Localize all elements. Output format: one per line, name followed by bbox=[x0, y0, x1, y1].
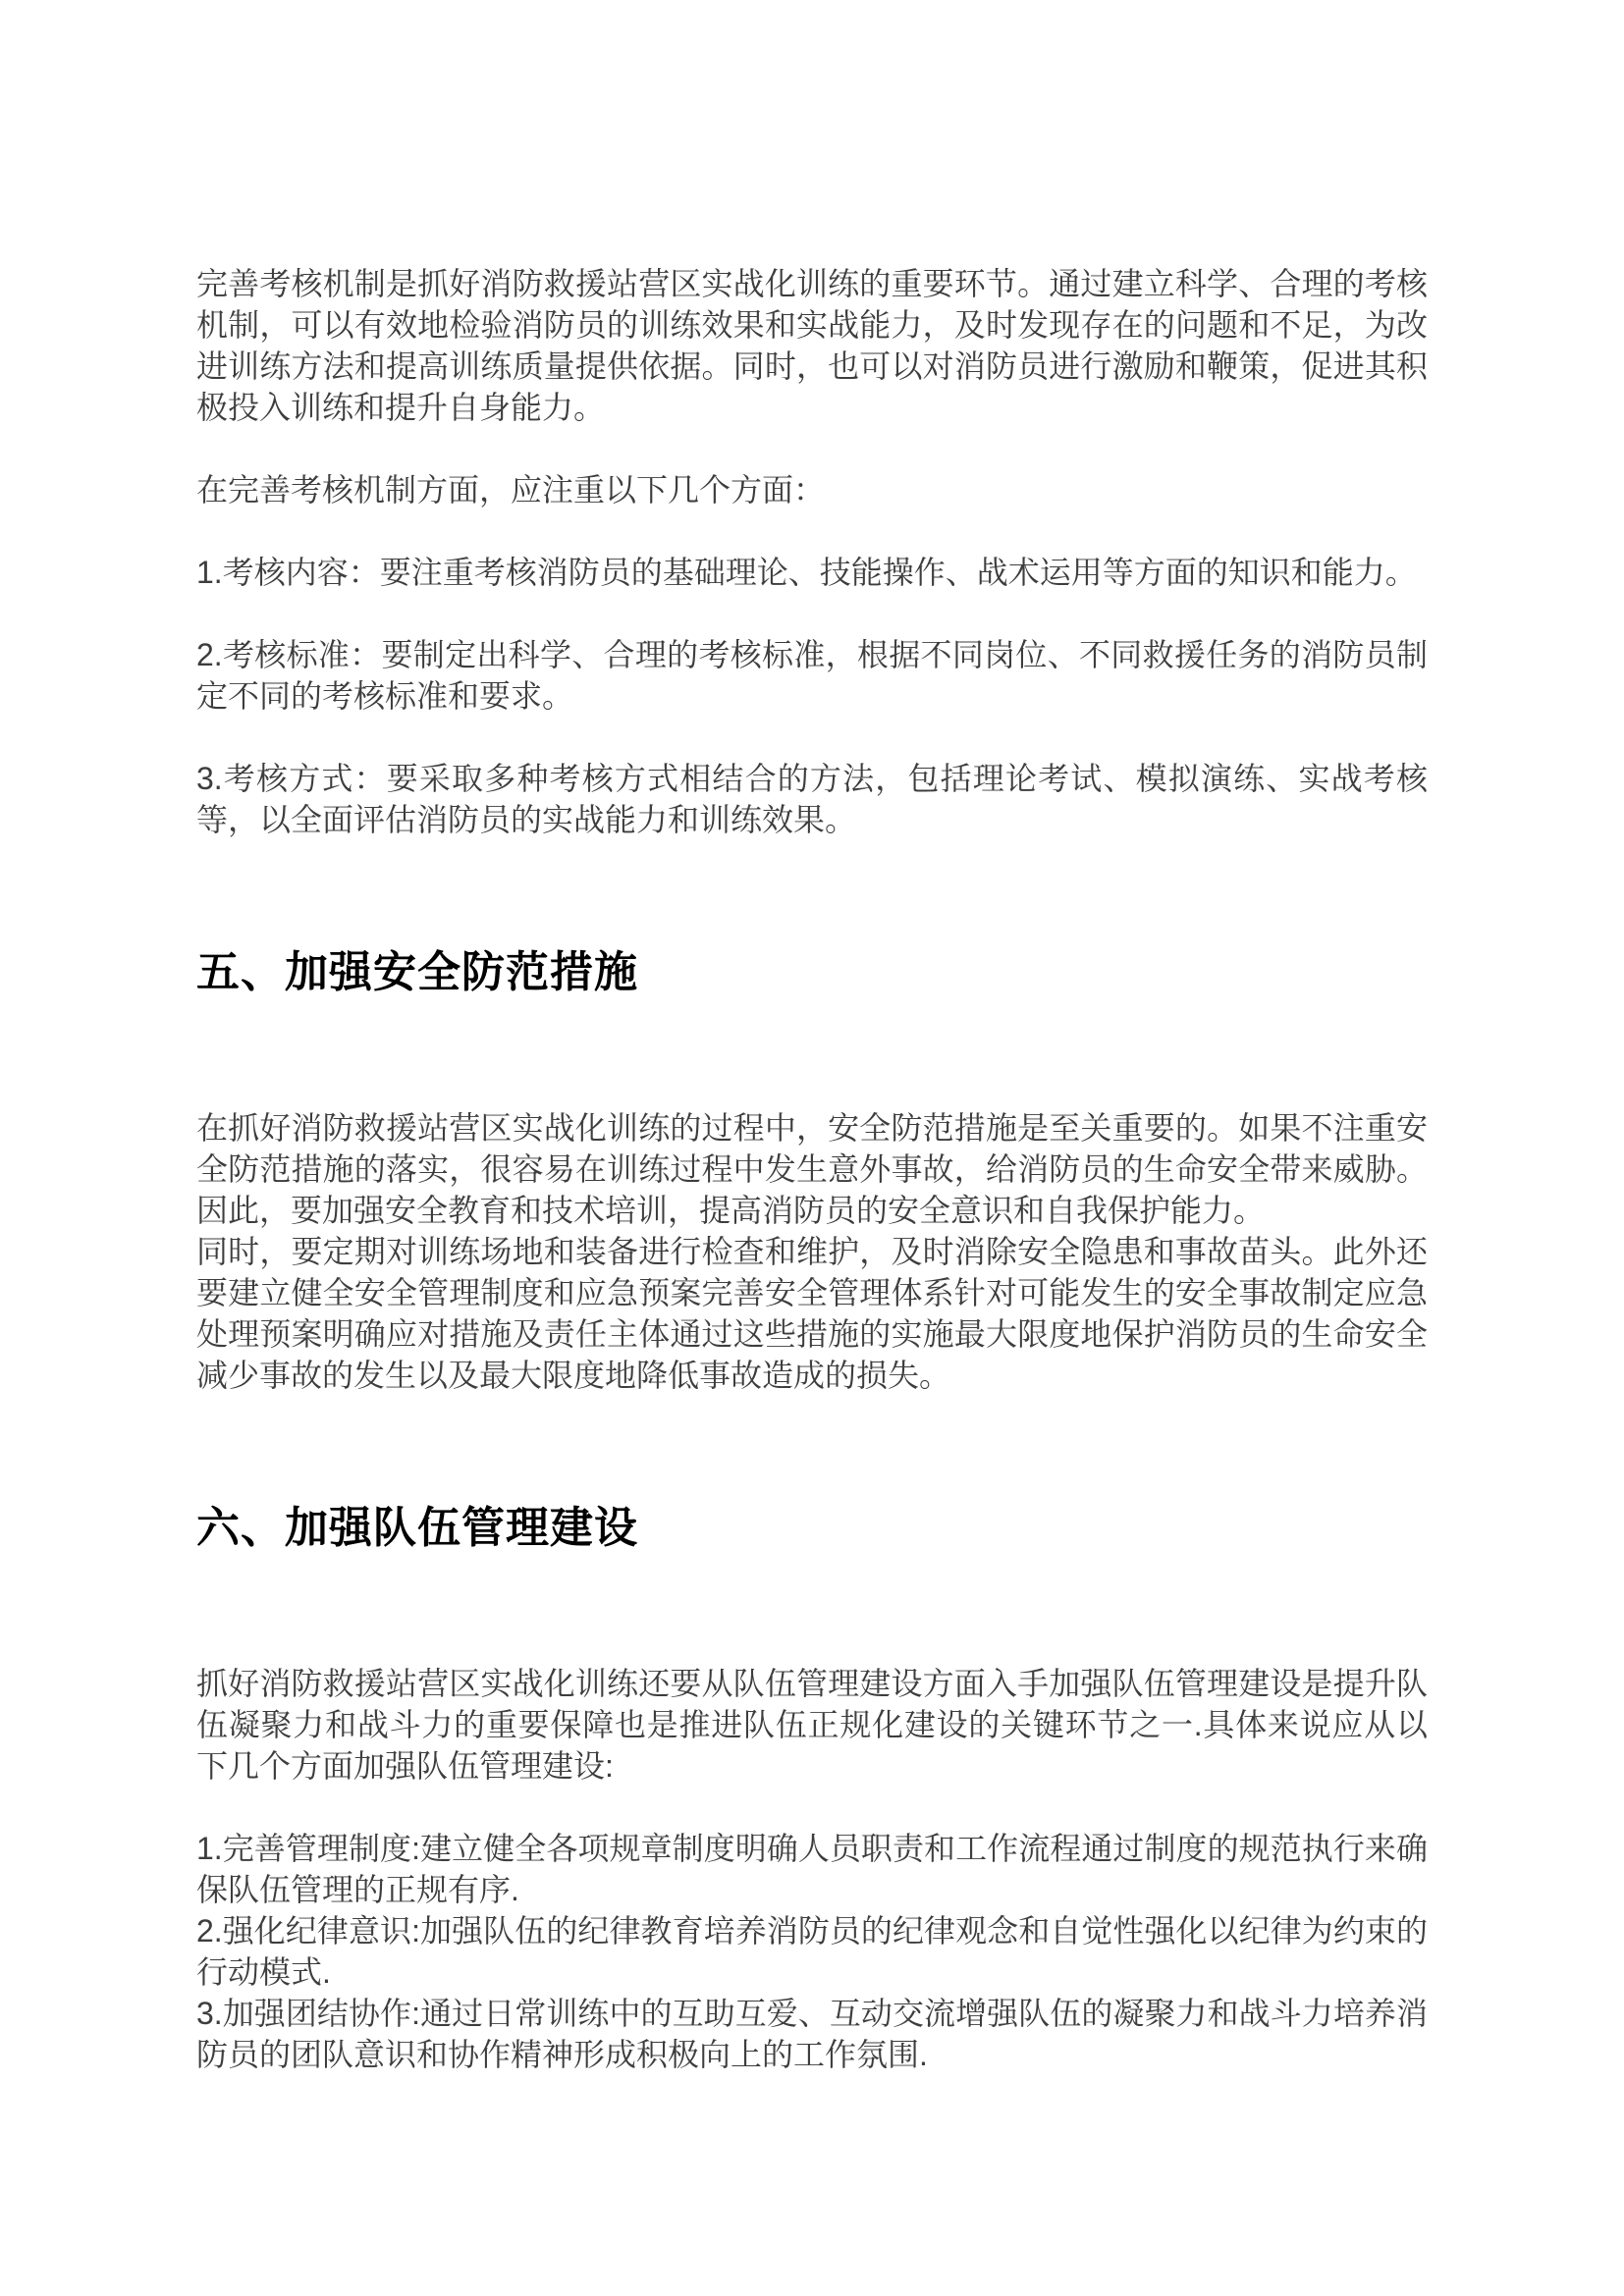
numbered-item-assessment-method: 3.考核方式：要采取多种考核方式相结合的方法，包括理论考试、模拟演练、实战考核等… bbox=[196, 758, 1428, 840]
section-heading-6-team-management: 六、加强队伍管理建设 bbox=[196, 1500, 1428, 1557]
numbered-item-assessment-standard: 2.考核标准：要制定出科学、合理的考核标准，根据不同岗位、不同救援任务的消防员制… bbox=[196, 634, 1428, 717]
numbered-item-team-cooperation: 3.加强团结协作:通过日常训练中的互助互爱、互动交流增强队伍的凝聚力和战斗力培养… bbox=[196, 1993, 1428, 2075]
section-heading-5-safety-measures: 五、加强安全防范措施 bbox=[196, 944, 1428, 1001]
numbered-item-management-system: 1.完善管理制度:建立健全各项规章制度明确人员职责和工作流程通过制度的规范执行来… bbox=[196, 1828, 1428, 1910]
paragraph-assessment-intro: 完善考核机制是抓好消防救援站营区实战化训练的重要环节。通过建立科学、合理的考核机… bbox=[196, 263, 1428, 428]
numbered-item-assessment-content: 1.考核内容：要注重考核消防员的基础理论、技能操作、战术运用等方面的知识和能力。 bbox=[196, 552, 1428, 593]
document-page: 完善考核机制是抓好消防救援站营区实战化训练的重要环节。通过建立科学、合理的考核机… bbox=[0, 0, 1624, 2296]
numbered-item-discipline-awareness: 2.强化纪律意识:加强队伍的纪律教育培养消防员的纪律观念和自觉性强化以纪律为约束… bbox=[196, 1910, 1428, 1993]
paragraph-team-management-intro: 抓好消防救援站营区实战化训练还要从队伍管理建设方面入手加强队伍管理建设是提升队伍… bbox=[196, 1663, 1428, 1787]
paragraph-assessment-lead-in: 在完善考核机制方面，应注重以下几个方面： bbox=[196, 469, 1428, 510]
paragraph-safety-measures: 在抓好消防救援站营区实战化训练的过程中，安全防范措施是至关重要的。如果不注重安全… bbox=[196, 1107, 1428, 1396]
